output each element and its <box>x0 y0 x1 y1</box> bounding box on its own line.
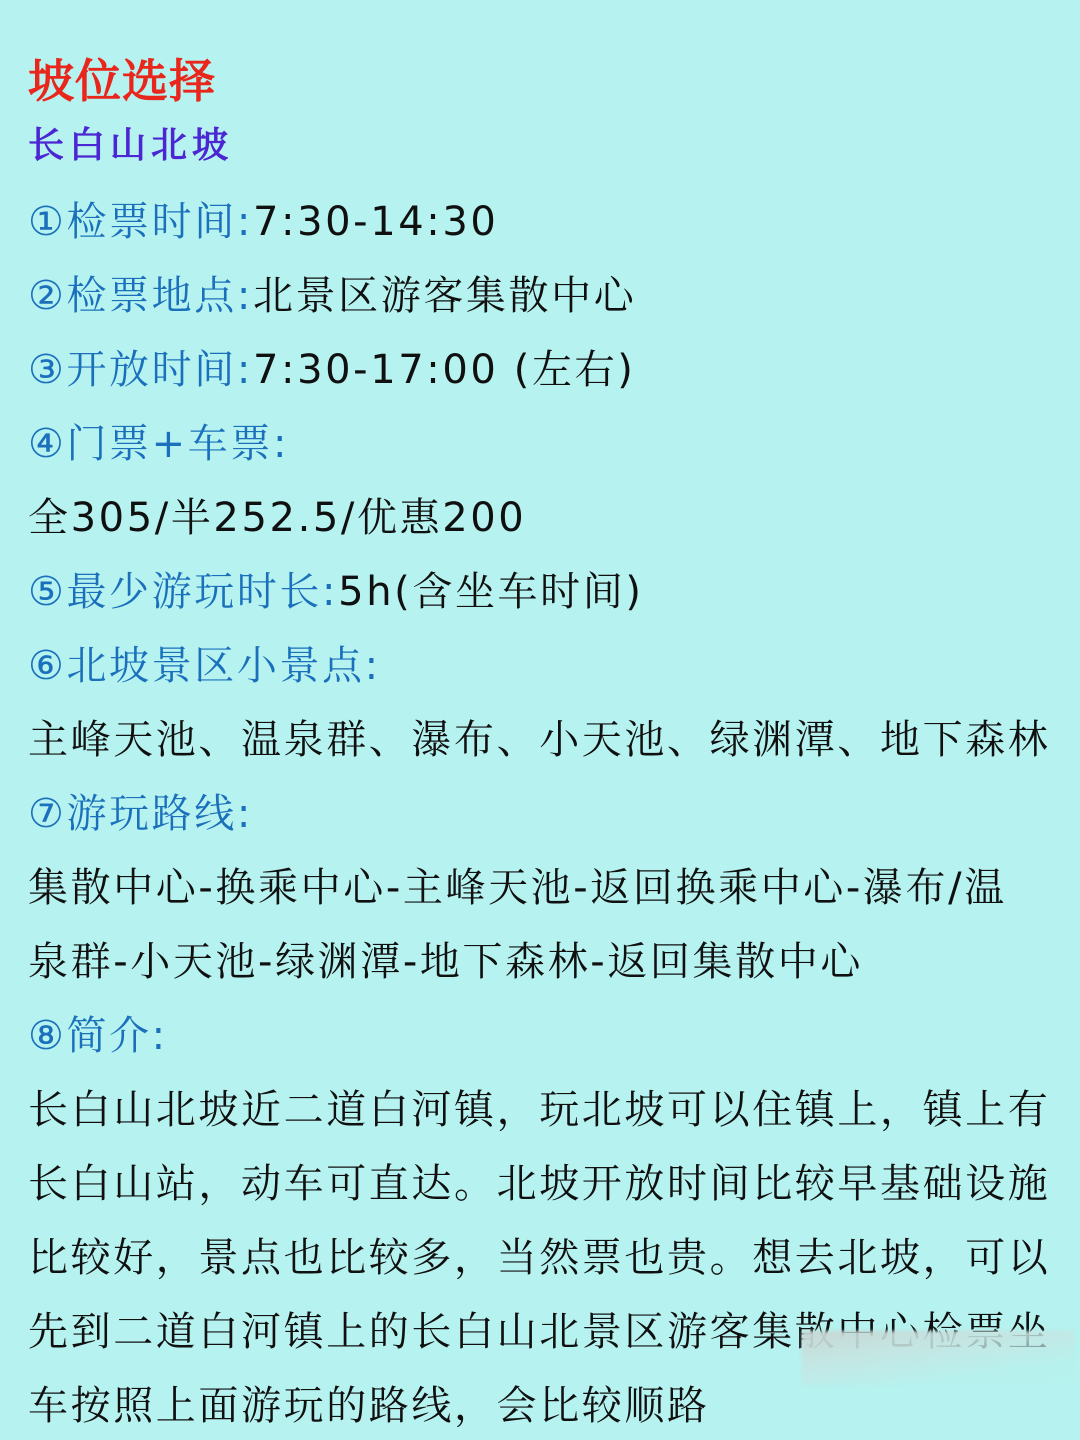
watermark-smudge-overlay <box>802 1331 1074 1385</box>
line-text: 7:30-14:30 <box>253 199 499 245</box>
line-label: ⑥北坡景区小景点: <box>28 643 381 689</box>
info-line-ticket-price-value: 全305/半252.5/优惠200 <box>28 481 1060 555</box>
info-line-intro-3: 比较好，景点也比较多，当然票也贵。想去北坡，可以 <box>28 1221 1060 1295</box>
info-line-intro-1: 长白山北坡近二道白河镇，玩北坡可以住镇上，镇上有 <box>28 1073 1060 1147</box>
line-text: 7:30-17:00 (左右) <box>253 347 635 393</box>
info-line-ticket-price-label: ④门票+车票: <box>28 407 1060 481</box>
line-label: ⑤最少游玩时长: <box>28 569 338 615</box>
line-label: ⑦游玩路线: <box>28 791 253 837</box>
page-subtitle: 长白山北坡 <box>28 126 233 166</box>
line-text: 车按照上面游玩的路线，会比较顺路 <box>28 1383 710 1429</box>
info-line-spots-label: ⑥北坡景区小景点: <box>28 629 1060 703</box>
line-label: ②检票地点: <box>28 273 253 319</box>
info-line-intro-label: ⑧简介: <box>28 999 1060 1073</box>
line-label: ③开放时间: <box>28 347 253 393</box>
line-label: ①检票时间: <box>28 199 253 245</box>
line-text: 主峰天池、温泉群、瀑布、小天池、绿渊潭、地下森林 <box>28 717 1050 763</box>
line-text: 长白山站，动车可直达。北坡开放时间比较早基础设施 <box>28 1161 1050 1207</box>
line-text: 全305/半252.5/优惠200 <box>28 495 526 541</box>
line-label: ④门票+车票: <box>28 421 289 467</box>
info-line-spots-list: 主峰天池、温泉群、瀑布、小天池、绿渊潭、地下森林 <box>28 703 1060 777</box>
line-text: 集散中心-换乘中心-主峰天池-返回换乘中心-瀑布/温 <box>28 865 1007 911</box>
infographic-page: 坡位选择 长白山北坡 ①检票时间:7:30-14:30 ②检票地点:北景区游客集… <box>0 0 1080 1440</box>
info-line-intro-2: 长白山站，动车可直达。北坡开放时间比较早基础设施 <box>28 1147 1060 1221</box>
line-text: 北景区游客集散中心 <box>253 273 636 319</box>
line-text: 5h(含坐车时间) <box>338 569 643 615</box>
info-line-route-label: ⑦游玩路线: <box>28 777 1060 851</box>
info-rows: ①检票时间:7:30-14:30 ②检票地点:北景区游客集散中心 ③开放时间:7… <box>28 185 1060 1440</box>
info-line-open-hours: ③开放时间:7:30-17:00 (左右) <box>28 333 1060 407</box>
info-line-route-2: 泉群-小天池-绿渊潭-地下森林-返回集散中心 <box>28 925 1060 999</box>
line-text: 比较好，景点也比较多，当然票也贵。想去北坡，可以 <box>28 1235 1050 1281</box>
info-line-ticket-check-place: ②检票地点:北景区游客集散中心 <box>28 259 1060 333</box>
line-label: ⑧简介: <box>28 1013 168 1059</box>
info-line-route-1: 集散中心-换乘中心-主峰天池-返回换乘中心-瀑布/温 <box>28 851 1060 925</box>
page-title: 坡位选择 <box>28 56 216 107</box>
info-line-ticket-check-time: ①检票时间:7:30-14:30 <box>28 185 1060 259</box>
line-text: 泉群-小天池-绿渊潭-地下森林-返回集散中心 <box>28 939 863 985</box>
info-line-min-visit-duration: ⑤最少游玩时长:5h(含坐车时间) <box>28 555 1060 629</box>
line-text: 长白山北坡近二道白河镇，玩北坡可以住镇上，镇上有 <box>28 1087 1050 1133</box>
